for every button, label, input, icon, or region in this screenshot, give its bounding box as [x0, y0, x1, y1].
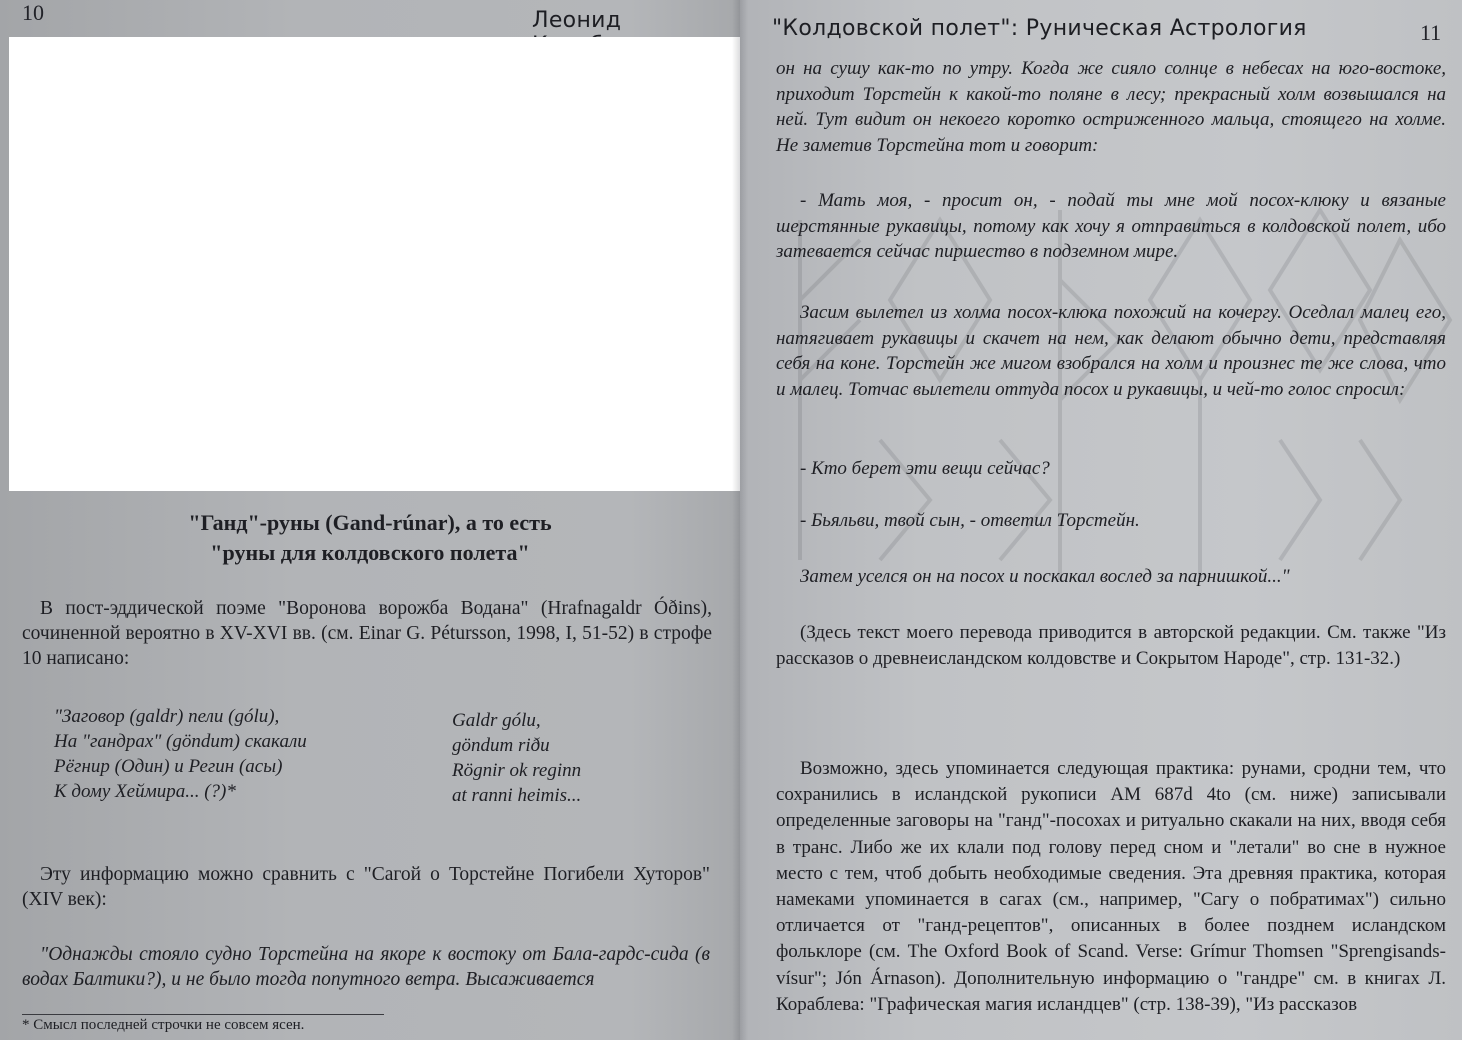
- verse-line: "Заговор (galdr) пели (gólu),: [54, 704, 307, 729]
- editorial-note: (Здесь текст моего перевода приводится в…: [776, 620, 1446, 671]
- verse-original: Galdr gólu, göndum riðu Rögnir ok reginn…: [452, 708, 581, 808]
- verse-line: at ranni heimis...: [452, 783, 581, 808]
- footnote: * Смысл последней строчки не совсем ясен…: [22, 1015, 304, 1035]
- verse-line: göndum riðu: [452, 733, 581, 758]
- saga-continuation: он на сушу как-то по утру. Когда же сиял…: [776, 56, 1446, 158]
- book-gutter: [732, 0, 748, 1040]
- dialogue-answer: - Бьяльви, твой сын, - ответил Торстейн.: [800, 508, 1446, 534]
- verse-line: Galdr gólu,: [452, 708, 581, 733]
- page-number-right: 11: [1420, 20, 1441, 46]
- intro-paragraph: В пост-эддической поэме "Воронова ворожб…: [22, 596, 712, 671]
- dialogue-text: - Мать моя, - просит он, - подай ты мне …: [776, 190, 1446, 262]
- verse-line: Рёгнир (Один) и Регин (асы): [54, 754, 307, 779]
- verse-russian: "Заговор (galdr) пели (gólu), На "гандра…: [54, 704, 307, 804]
- heading-line-2: "руны для колдовского полета": [90, 538, 650, 568]
- running-head-title: "Колдовской полет": Руническая Астрологи…: [772, 16, 1307, 41]
- saga-quote: "Однажды стояло судно Торстейна на якоре…: [22, 942, 710, 992]
- narration-end: Затем уселся он на посох и поскакал восл…: [800, 564, 1446, 590]
- narration-staff: Засим вылетел из холма посох-клюка похож…: [776, 300, 1446, 402]
- verse-line: На "гандрах" (göndum) скакали: [54, 729, 307, 754]
- section-heading: "Ганд"-руны (Gand-rúnar), а то есть "рун…: [90, 508, 650, 568]
- verse-line: К дому Хеймира... (?)*: [54, 779, 307, 804]
- page-number-left: 10: [22, 0, 44, 26]
- redacted-image-area: [9, 37, 740, 491]
- dialogue-mother: - Мать моя, - просит он, - подай ты мне …: [776, 188, 1446, 265]
- verse-line: Rögnir ok reginn: [452, 758, 581, 783]
- analysis-paragraph: Возможно, здесь упоминается следующая пр…: [776, 756, 1446, 1018]
- dialogue-question: - Кто берет эти вещи сейчас?: [800, 456, 1446, 482]
- heading-line-1: "Ганд"-руны (Gand-rúnar), а то есть: [90, 508, 650, 538]
- left-page: 10 Леонид Кораблев "Ганд"-руны (Gand-rún…: [0, 0, 740, 1040]
- compare-paragraph: Эту информацию можно сравнить с "Сагой о…: [22, 862, 710, 912]
